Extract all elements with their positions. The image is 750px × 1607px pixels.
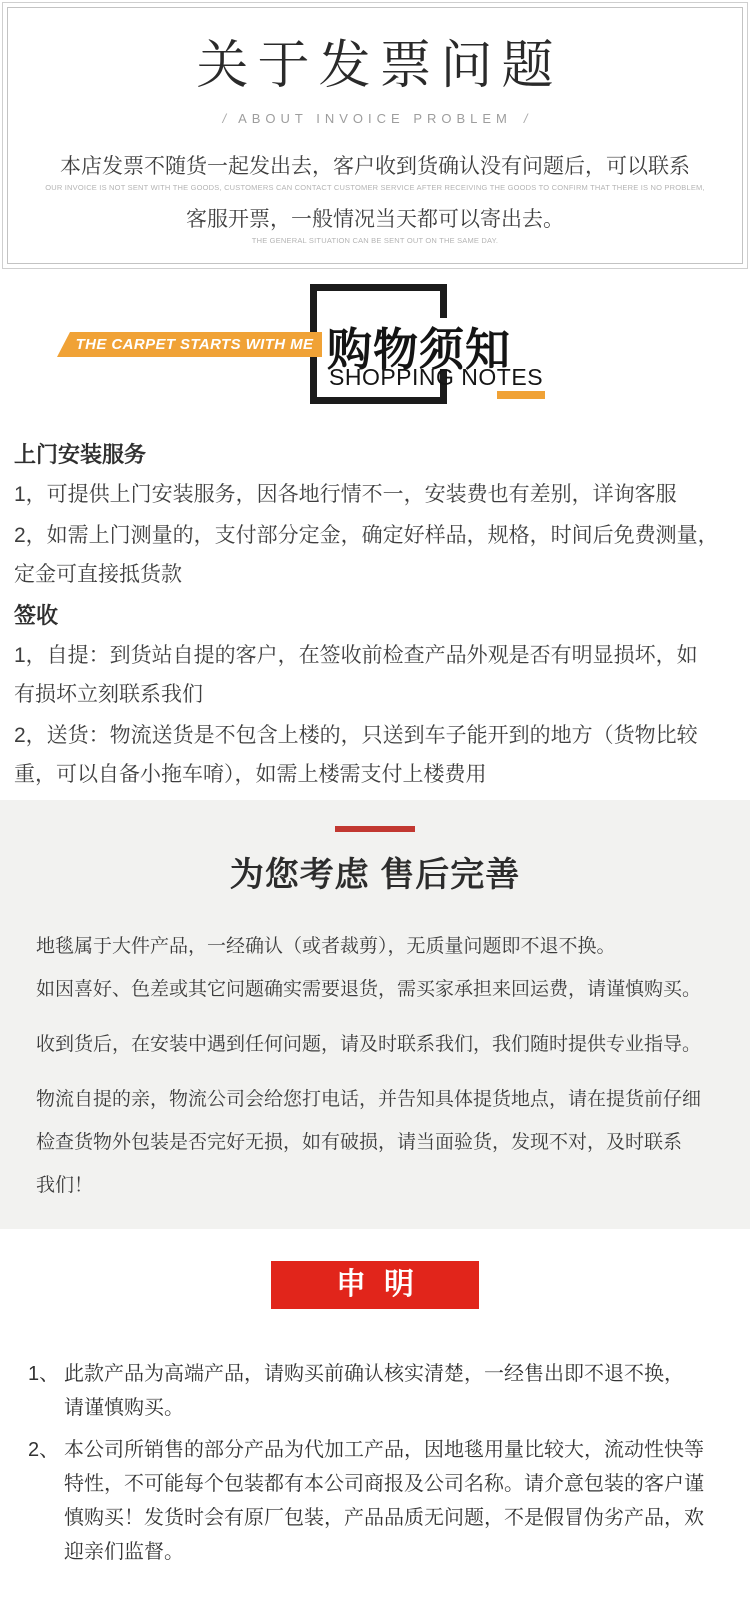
statement-section: 申明 1、 此款产品为高端产品，请购买前确认核实清楚，一经售出即不退不换， 请谨… — [0, 1229, 750, 1607]
after-sale-title: 为您考虑 售后完善 — [30, 854, 720, 897]
invoice-notice-inner-border: 关于发票问题 /ABOUT INVOICE PROBLEM/ 本店发票不随货一起… — [7, 7, 743, 264]
after-sale-paragraph-3: 物流自提的亲，物流公司会给您打电话，并告知具体提货地点，请在提货前仔细 检查货物… — [30, 1078, 720, 1207]
left-slash-decoration: / — [222, 111, 226, 126]
frame-bar-top — [310, 284, 447, 291]
statement-badge: 申明 — [271, 1261, 479, 1309]
frame-bar-left-upper — [310, 284, 317, 334]
orange-dash-decoration — [497, 391, 545, 399]
invoice-subtitle: /ABOUT INVOICE PROBLEM/ — [8, 111, 742, 126]
shopping-notes-title-en: SHOPPING NOTES — [329, 364, 543, 391]
statement-item-2-text: 本公司所销售的部分产品为代加工产品，因地毯用量比较大，流动性快等 特性，不可能每… — [64, 1433, 722, 1569]
statement-item-1: 1、 此款产品为高端产品，请购买前确认核实清楚，一经售出即不退不换， 请谨慎购买… — [28, 1357, 722, 1425]
statement-item-1-marker: 1、 — [28, 1357, 64, 1425]
invoice-text-line-2: 客服开票，一般情况当天都可以寄出去。 — [8, 203, 742, 233]
statement-item-1-text: 此款产品为高端产品，请购买前确认核实清楚，一经售出即不退不换， 请谨慎购买。 — [64, 1357, 722, 1425]
after-sale-panel: 为您考虑 售后完善 地毯属于大件产品，一经确认（或者裁剪），无质量问题即不退不换… — [0, 800, 750, 1229]
frame-bar-left-lower — [310, 357, 317, 404]
after-sale-paragraph-1: 地毯属于大件产品，一经确认（或者裁剪），无质量问题即不退不换。 如因喜好、色差或… — [30, 925, 720, 1011]
installation-item-1: 1，可提供上门安装服务，因各地行情不一，安装费也有差别，详询客服 — [14, 475, 736, 514]
right-slash-decoration: / — [524, 111, 528, 126]
red-accent-bar — [335, 826, 415, 832]
installation-item-2: 2，如需上门测量的，支付部分定金，确定好样品，规格，时间后免费测量， 定金可直接… — [14, 516, 736, 594]
service-notes-section: 上门安装服务 1，可提供上门安装服务，因各地行情不一，安装费也有差别，详询客服 … — [0, 429, 750, 798]
invoice-text-line-2-en: THE GENERAL SITUATION CAN BE SENT OUT ON… — [8, 236, 742, 245]
invoice-text-line-1: 本店发票不随货一起发出去，客户收到货确认没有问题后，可以联系 — [8, 150, 742, 180]
invoice-notice-box: 关于发票问题 /ABOUT INVOICE PROBLEM/ 本店发票不随货一起… — [2, 2, 748, 269]
sign-off-heading: 签收 — [14, 602, 736, 630]
after-sale-paragraph-2: 收到货后，在安装中遇到任何问题，请及时联系我们，我们随时提供专业指导。 — [30, 1023, 720, 1066]
product-detail-page: 关于发票问题 /ABOUT INVOICE PROBLEM/ 本店发票不随货一起… — [0, 2, 750, 1607]
statement-item-2-marker: 2、 — [28, 1433, 64, 1569]
carpet-slogan-text: THE CARPET STARTS WITH ME — [66, 336, 314, 353]
sign-off-item-1: 1，自提：到货站自提的客户，在签收前检查产品外观是否有明显损坏，如 有损坏立刻联… — [14, 636, 736, 714]
shopping-notes-logo: THE CARPET STARTS WITH ME 购物须知 SHOPPING … — [0, 269, 750, 429]
invoice-text-line-1-en: OUR INVOICE IS NOT SENT WITH THE GOODS, … — [8, 183, 742, 192]
invoice-title: 关于发票问题 — [8, 34, 742, 99]
installation-service-heading: 上门安装服务 — [14, 441, 736, 469]
statement-item-2: 2、 本公司所销售的部分产品为代加工产品，因地毯用量比较大，流动性快等 特性，不… — [28, 1433, 722, 1569]
carpet-slogan-banner: THE CARPET STARTS WITH ME — [57, 332, 322, 357]
frame-bar-bottom — [310, 397, 447, 404]
statement-list: 1、 此款产品为高端产品，请购买前确认核实清楚，一经售出即不退不换， 请谨慎购买… — [28, 1357, 722, 1569]
invoice-subtitle-text: ABOUT INVOICE PROBLEM — [238, 111, 512, 126]
sign-off-item-2: 2，送货：物流送货是不包含上楼的，只送到车子能开到的地方（货物比较 重，可以自备… — [14, 716, 736, 794]
statement-badge-label: 申明 — [318, 1270, 432, 1300]
